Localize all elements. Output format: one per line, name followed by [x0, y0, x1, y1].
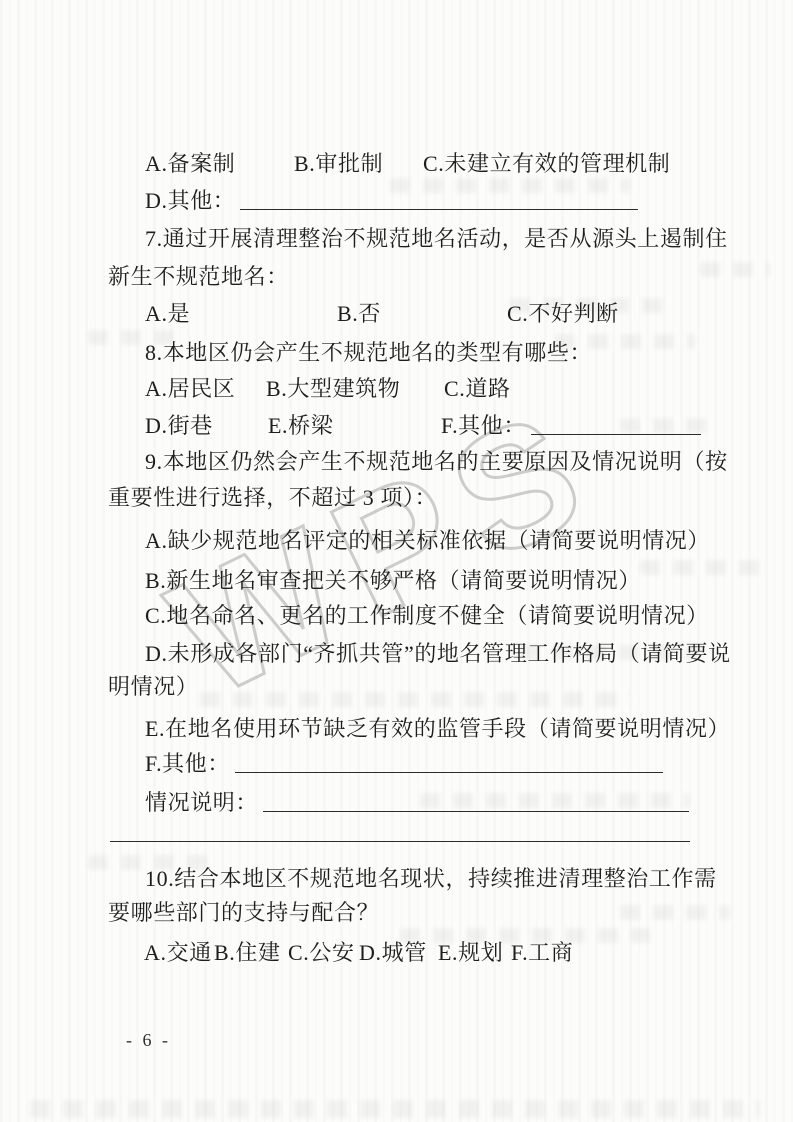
q10-options-row: A.交通 B.住建 C.公安 D.城管 E.规划 F.工商	[108, 938, 714, 968]
q7-option-b: B.否	[337, 299, 381, 329]
q10-option-a: A.交通	[144, 938, 212, 968]
q6-option-d: D.其他：	[145, 188, 235, 213]
q10-option-c: C.公安	[288, 938, 355, 968]
q8-stem: 8.本地区仍会产生不规范地名的类型有哪些：	[108, 338, 751, 368]
q9-note-label: 情况说明：	[145, 790, 258, 815]
q9-option-f-row: F.其他：	[108, 749, 751, 779]
q7-option-a: A.是	[145, 299, 190, 329]
q6-option-a: A.备案制	[145, 149, 235, 179]
q10-stem-line1: 10.结合本地区不规范地名现状，持续推进清理整治工作需	[108, 864, 751, 894]
q10-option-f: F.工商	[511, 938, 573, 968]
q8-option-c: C.道路	[444, 374, 511, 404]
scan-bleed-artifact	[30, 1100, 760, 1118]
q9-option-a: A.缺少规范地名评定的相关标准依据（请简要说明情况）	[108, 526, 751, 556]
q9-stem-line2: 重要性进行选择，不超过 3 项）：	[108, 483, 714, 513]
q7-options-row: A.是 B.否 C.不好判断	[108, 299, 714, 329]
q9-note-continuation-row	[108, 818, 714, 848]
q6-option-b: B.审批制	[294, 149, 383, 179]
q6-options-row: A.备案制 B.审批制 C.未建立有效的管理机制	[108, 149, 714, 179]
q9-option-d-line2: 明情况）	[108, 672, 714, 702]
q9-option-b: B.新生地名审查把关不够严格（请简要说明情况）	[108, 566, 751, 596]
q8-options-row1: A.居民区 B.大型建筑物 C.道路	[108, 374, 714, 404]
q9-note-blank-line2	[110, 819, 690, 842]
q9-option-d-line1: D.未形成各部门“齐抓共管”的地名管理工作格局（请简要说	[108, 639, 751, 669]
q9-option-e: E.在地名使用环节缺乏有效的监管手段（请简要说明情况）	[108, 714, 751, 744]
q10-option-b: B.住建	[214, 938, 281, 968]
q8-option-b: B.大型建筑物	[266, 374, 400, 404]
q8-option-f: F.其他：	[441, 411, 701, 441]
q10-stem-line2: 要哪些部门的支持与配合？	[108, 898, 714, 928]
q9-stem-line1: 9.本地区仍然会产生不规范地名的主要原因及情况说明（按	[108, 447, 751, 477]
q9-note-row: 情况说明：	[108, 788, 751, 818]
q6-option-c: C.未建立有效的管理机制	[423, 149, 670, 179]
q8-option-d: D.街巷	[145, 411, 213, 441]
q8-other-blank-line	[531, 412, 701, 435]
q10-option-e: E.规划	[438, 938, 503, 968]
q8-option-a: A.居民区	[145, 374, 235, 404]
q8-options-row2: D.街巷 E.桥梁 F.其他：	[108, 411, 714, 441]
q9-option-c: C.地名命名、更名的工作制度不健全（请简要说明情况）	[108, 601, 751, 631]
q8-option-e: E.桥梁	[268, 411, 333, 441]
q7-option-c: C.不好判断	[507, 299, 619, 329]
q7-stem-line1: 7.通过开展清理整治不规范地名活动，是否从源头上遏制住	[108, 224, 751, 254]
q9-other-blank-line	[235, 750, 663, 773]
q6-other-blank-line	[240, 187, 638, 210]
q7-stem-line2: 新生不规范地名：	[108, 262, 714, 292]
q10-option-d: D.城管	[359, 938, 427, 968]
page-number: - 6 -	[126, 1030, 171, 1051]
q6-option-d-row: D.其他：	[108, 186, 751, 216]
q8-option-f-label: F.其他：	[441, 413, 526, 438]
scanned-questionnaire-page: WPS A.备案制 B.审批制 C.未建立有效的管理机制 D.其他： 7.通过开…	[0, 0, 793, 1122]
q9-note-blank-line	[263, 789, 689, 812]
q9-option-f-label: F.其他：	[145, 751, 230, 776]
